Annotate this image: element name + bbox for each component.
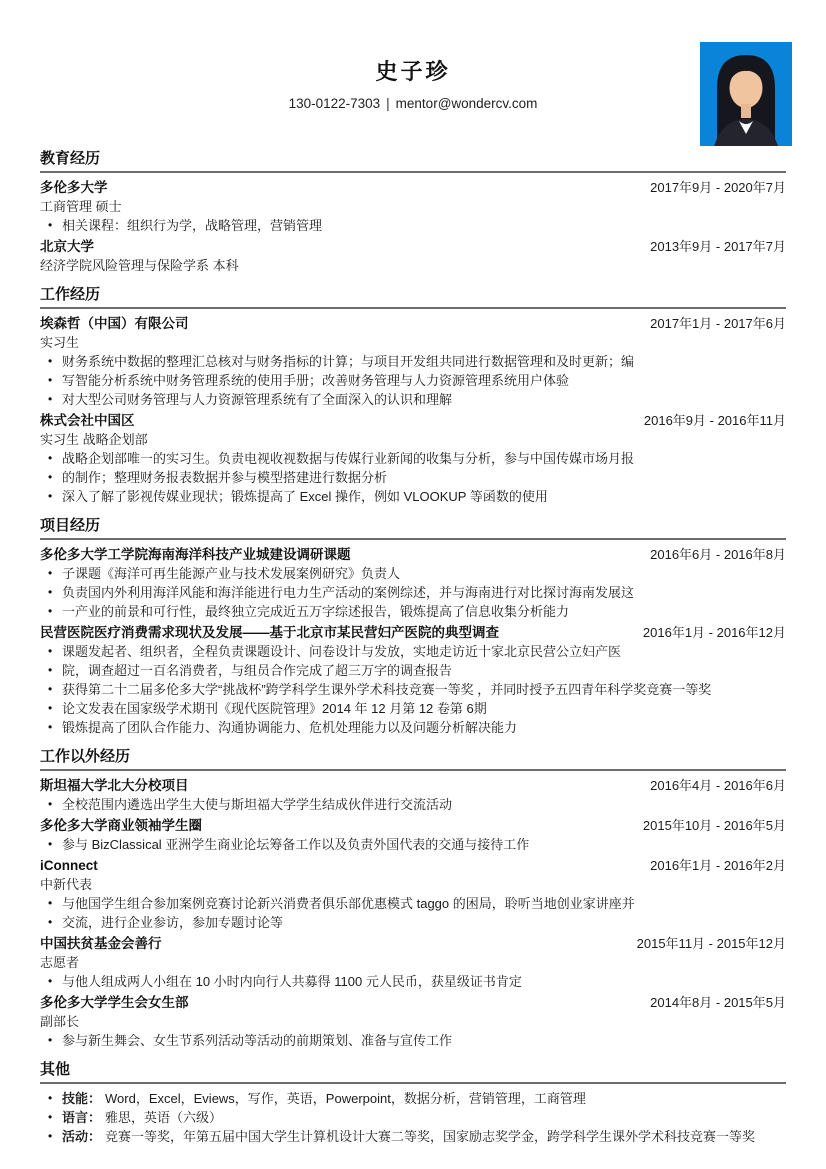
bullet-icon: •	[48, 352, 62, 371]
bullet-icon: •	[48, 1089, 62, 1108]
bullet-icon: •	[48, 1031, 62, 1050]
bullet-text: 与他人组成两人小组在 10 小时内向行人共募得 1100 元人民币，获星级证书肯…	[62, 972, 786, 991]
bullet-icon: •	[48, 1108, 62, 1127]
bullet-text: 一产业的前景和可行性，最终独立完成近五万字综述报告，锻炼提高了信息收集分析能力	[62, 602, 786, 621]
bullet-icon: •	[48, 583, 62, 602]
bullet-item: •子课题《海洋可再生能源产业与技术发展案例研究》负责人	[40, 564, 786, 583]
resume-page: 史子珍 130-0122-7303|mentor@wondercv.com 教育…	[0, 0, 826, 1169]
bullet-list: •参与 BizClassical 亚洲学生商业论坛筹备工作以及负责外国代表的交通…	[40, 835, 786, 854]
bullet-list: •财务系统中数据的整理汇总核对与财务指标的计算；与项目开发组共同进行数据管理和及…	[40, 352, 786, 409]
entry-header: 多伦多大学学生会女生部2014年8月 - 2015年5月	[40, 993, 786, 1012]
bullet-label: 技能：	[62, 1089, 101, 1108]
bullet-text: 参与新生舞会、女生节系列活动等活动的前期策划、准备与宣传工作	[62, 1031, 786, 1050]
entry-header: 埃森哲（中国）有限公司2017年1月 - 2017年6月	[40, 314, 786, 333]
entry-header: 多伦多大学工学院海南海洋科技产业城建设调研课题2016年6月 - 2016年8月	[40, 545, 786, 564]
entry: 多伦多大学工学院海南海洋科技产业城建设调研课题2016年6月 - 2016年8月…	[40, 545, 786, 621]
bullet-item: •参与 BizClassical 亚洲学生商业论坛筹备工作以及负责外国代表的交通…	[40, 835, 786, 854]
bullet-item: •财务系统中数据的整理汇总核对与财务指标的计算；与项目开发组共同进行数据管理和及…	[40, 352, 786, 371]
bullet-item: •活动：竞赛一等奖，年第五届中国大学生计算机设计大赛二等奖，国家励志奖学金，跨学…	[40, 1127, 786, 1146]
entry-subtitle: 工商管理 硕士	[40, 197, 786, 216]
entry: 斯坦福大学北大分校项目2016年4月 - 2016年6月•全校范围内遴选出学生大…	[40, 776, 786, 814]
bullet-item: •课题发起者、组织者，全程负责课题设计、问卷设计与发放，实地走访近十家北京民营公…	[40, 642, 786, 661]
candidate-name: 史子珍	[40, 58, 786, 86]
entry: 多伦多大学学生会女生部2014年8月 - 2015年5月副部长•参与新生舞会、女…	[40, 993, 786, 1050]
section-title-project-experience: 项目经历	[40, 516, 786, 540]
bullet-list: •参与新生舞会、女生节系列活动等活动的前期策划、准备与宣传工作	[40, 1031, 786, 1050]
entry-title: 株式会社中国区	[40, 411, 135, 430]
entry-header: 北京大学2013年9月 - 2017年7月	[40, 237, 786, 256]
bullet-text: 战略企划部唯一的实习生。负责电视收视数据与传媒行业新闻的收集与分析，参与中国传媒…	[62, 449, 786, 468]
bullet-text: 负责国内外利用海洋风能和海洋能进行电力生产活动的案例综述，并与海南进行对比探讨海…	[62, 583, 786, 602]
entry-date-range: 2016年6月 - 2016年8月	[650, 545, 786, 564]
entry: iConnect2016年1月 - 2016年2月中新代表•与他国学生组合参加案…	[40, 856, 786, 932]
entry-header: 株式会社中国区2016年9月 - 2016年11月	[40, 411, 786, 430]
bullet-list: •战略企划部唯一的实习生。负责电视收视数据与传媒行业新闻的收集与分析，参与中国传…	[40, 449, 786, 506]
bullet-item: •参与新生舞会、女生节系列活动等活动的前期策划、准备与宣传工作	[40, 1031, 786, 1050]
entry-date-range: 2016年4月 - 2016年6月	[650, 776, 786, 795]
bullet-list: •与他人组成两人小组在 10 小时内向行人共募得 1100 元人民币，获星级证书…	[40, 972, 786, 991]
entry-subtitle: 志愿者	[40, 953, 786, 972]
bullet-list: •课题发起者、组织者，全程负责课题设计、问卷设计与发放，实地走访近十家北京民营公…	[40, 642, 786, 737]
entry-title: 斯坦福大学北大分校项目	[40, 776, 189, 795]
bullet-text: 院，调查超过一百名消费者，与组员合作完成了超三万字的调查报告	[62, 661, 786, 680]
entry: 北京大学2013年9月 - 2017年7月经济学院风险管理与保险学系 本科	[40, 237, 786, 275]
entry-title: 中国扶贫基金会善行	[40, 934, 162, 953]
phone-number: 130-0122-7303	[289, 96, 381, 111]
bullet-icon: •	[48, 449, 62, 468]
bullet-icon: •	[48, 894, 62, 913]
bullet-text: 锻炼提高了团队合作能力、沟通协调能力、危机处理能力以及问题分析解决能力	[62, 718, 786, 737]
entry-date-range: 2015年10月 - 2016年5月	[643, 816, 786, 835]
bullet-icon: •	[48, 699, 62, 718]
bullet-text: 交流，进行企业参访，参加专题讨论等	[62, 913, 786, 932]
bullet-item: •交流，进行企业参访，参加专题讨论等	[40, 913, 786, 932]
bullet-icon: •	[48, 913, 62, 932]
entry-date-range: 2015年11月 - 2015年12月	[637, 934, 786, 953]
bullet-icon: •	[48, 680, 62, 699]
bullet-list: •子课题《海洋可再生能源产业与技术发展案例研究》负责人•负责国内外利用海洋风能和…	[40, 564, 786, 621]
section-extracurricular: 工作以外经历斯坦福大学北大分校项目2016年4月 - 2016年6月•全校范围内…	[40, 747, 786, 1050]
entry-subtitle: 经济学院风险管理与保险学系 本科	[40, 256, 786, 275]
entry-subtitle: 实习生 战略企划部	[40, 430, 786, 449]
bullet-icon: •	[48, 468, 62, 487]
bullet-icon: •	[48, 390, 62, 409]
resume-header: 史子珍 130-0122-7303|mentor@wondercv.com	[40, 0, 786, 112]
bullet-text: 论文发表在国家级学术期刊《现代医院管理》2014 年 12 月第 12 卷第 6…	[62, 699, 786, 718]
bullet-label: 语言：	[62, 1108, 101, 1127]
email-address: mentor@wondercv.com	[396, 96, 538, 111]
bullet-text: 相关课程：组织行为学，战略管理，营销管理	[62, 216, 786, 235]
profile-photo	[700, 42, 792, 146]
entry-subtitle: 中新代表	[40, 875, 786, 894]
entry-date-range: 2017年1月 - 2017年6月	[650, 314, 786, 333]
bullet-list: •与他国学生组合参加案例竞赛讨论新兴消费者俱乐部优惠模式 taggo 的困局，聆…	[40, 894, 786, 932]
bullet-icon: •	[48, 216, 62, 235]
bullet-item: •的制作；整理财务报表数据并参与模型搭建进行数据分析	[40, 468, 786, 487]
bullet-text: 获得第二十二届多伦多大学“挑战杯”跨学科学生课外学术科技竞赛一等奖 ，并同时授予…	[62, 680, 786, 699]
entry-date-range: 2016年1月 - 2016年12月	[643, 623, 786, 642]
entry-date-range: 2017年9月 - 2020年7月	[650, 178, 786, 197]
entry-subtitle: 副部长	[40, 1012, 786, 1031]
bullet-item: •深入了解了影视传媒业现状；锻炼提高了 Excel 操作，例如 VLOOKUP …	[40, 487, 786, 506]
sections-container: 教育经历多伦多大学2017年9月 - 2020年7月工商管理 硕士•相关课程：组…	[40, 149, 786, 1146]
entry-date-range: 2014年8月 - 2015年5月	[650, 993, 786, 1012]
bullet-text: 对大型公司财务管理与人力资源管理系统有了全面深入的认识和理解	[62, 390, 786, 409]
bullet-text: 课题发起者、组织者，全程负责课题设计、问卷设计与发放，实地走访近十家北京民营公立…	[62, 642, 786, 661]
contact-separator: |	[386, 96, 390, 111]
bullet-text: 深入了解了影视传媒业现状；锻炼提高了 Excel 操作，例如 VLOOKUP 等…	[62, 487, 786, 506]
bullet-icon: •	[48, 602, 62, 621]
bullet-item: •技能：Word，Excel，Eviews，写作，英语，Powerpoint，数…	[40, 1089, 786, 1108]
contact-line: 130-0122-7303|mentor@wondercv.com	[40, 95, 786, 112]
entry-date-range: 2016年1月 - 2016年2月	[650, 856, 786, 875]
bullet-text: 财务系统中数据的整理汇总核对与财务指标的计算；与项目开发组共同进行数据管理和及时…	[62, 352, 786, 371]
bullet-text: 子课题《海洋可再生能源产业与技术发展案例研究》负责人	[62, 564, 786, 583]
entry-title: 民营医院医疗消费需求现状及发展——基于北京市某民营妇产医院的典型调查	[40, 623, 499, 642]
section-other: 其他•技能：Word，Excel，Eviews，写作，英语，Powerpoint…	[40, 1060, 786, 1146]
entry-date-range: 2013年9月 - 2017年7月	[650, 237, 786, 256]
entry: 民营医院医疗消费需求现状及发展——基于北京市某民营妇产医院的典型调查2016年1…	[40, 623, 786, 737]
bullet-item: •论文发表在国家级学术期刊《现代医院管理》2014 年 12 月第 12 卷第 …	[40, 699, 786, 718]
bullet-text: 雅思，英语（六级）	[105, 1108, 786, 1127]
bullet-list: •全校范围内遴选出学生大使与斯坦福大学学生结成伙伴进行交流活动	[40, 795, 786, 814]
bullet-item: •获得第二十二届多伦多大学“挑战杯”跨学科学生课外学术科技竞赛一等奖 ，并同时授…	[40, 680, 786, 699]
bullet-icon: •	[48, 487, 62, 506]
bullet-item: •相关课程：组织行为学，战略管理，营销管理	[40, 216, 786, 235]
entry-header: 多伦多大学2017年9月 - 2020年7月	[40, 178, 786, 197]
bullet-icon: •	[48, 795, 62, 814]
bullet-list: •技能：Word，Excel，Eviews，写作，英语，Powerpoint，数…	[40, 1089, 786, 1146]
section-title-extracurricular: 工作以外经历	[40, 747, 786, 771]
entry-title: 多伦多大学	[40, 178, 108, 197]
entry: 多伦多大学商业领袖学生圈2015年10月 - 2016年5月•参与 BizCla…	[40, 816, 786, 854]
section-work-experience: 工作经历埃森哲（中国）有限公司2017年1月 - 2017年6月实习生•财务系统…	[40, 285, 786, 506]
entry: 多伦多大学2017年9月 - 2020年7月工商管理 硕士•相关课程：组织行为学…	[40, 178, 786, 235]
bullet-icon: •	[48, 661, 62, 680]
entry-header: 民营医院医疗消费需求现状及发展——基于北京市某民营妇产医院的典型调查2016年1…	[40, 623, 786, 642]
entry-header: 中国扶贫基金会善行2015年11月 - 2015年12月	[40, 934, 786, 953]
entry: 株式会社中国区2016年9月 - 2016年11月实习生 战略企划部•战略企划部…	[40, 411, 786, 506]
bullet-text: Word，Excel，Eviews，写作，英语，Powerpoint，数据分析，…	[105, 1089, 786, 1108]
bullet-item: •与他人组成两人小组在 10 小时内向行人共募得 1100 元人民币，获星级证书…	[40, 972, 786, 991]
section-title-work-experience: 工作经历	[40, 285, 786, 309]
entry-title: 埃森哲（中国）有限公司	[40, 314, 189, 333]
bullet-item: •一产业的前景和可行性，最终独立完成近五万字综述报告，锻炼提高了信息收集分析能力	[40, 602, 786, 621]
entry-title: 多伦多大学学生会女生部	[40, 993, 189, 1012]
bullet-item: •战略企划部唯一的实习生。负责电视收视数据与传媒行业新闻的收集与分析，参与中国传…	[40, 449, 786, 468]
bullet-label: 活动：	[62, 1127, 101, 1146]
section-education: 教育经历多伦多大学2017年9月 - 2020年7月工商管理 硕士•相关课程：组…	[40, 149, 786, 275]
bullet-icon: •	[48, 835, 62, 854]
entry-header: 多伦多大学商业领袖学生圈2015年10月 - 2016年5月	[40, 816, 786, 835]
bullet-item: •与他国学生组合参加案例竞赛讨论新兴消费者俱乐部优惠模式 taggo 的困局，聆…	[40, 894, 786, 913]
entry-title: 多伦多大学工学院海南海洋科技产业城建设调研课题	[40, 545, 351, 564]
entry-title: iConnect	[40, 856, 98, 875]
bullet-item: •写智能分析系统中财务管理系统的使用手册；改善财务管理与人力资源管理系统用户体验	[40, 371, 786, 390]
bullet-icon: •	[48, 642, 62, 661]
bullet-item: •负责国内外利用海洋风能和海洋能进行电力生产活动的案例综述，并与海南进行对比探讨…	[40, 583, 786, 602]
bullet-item: •语言：雅思，英语（六级）	[40, 1108, 786, 1127]
section-project-experience: 项目经历多伦多大学工学院海南海洋科技产业城建设调研课题2016年6月 - 201…	[40, 516, 786, 737]
entry: 中国扶贫基金会善行2015年11月 - 2015年12月志愿者•与他人组成两人小…	[40, 934, 786, 991]
bullet-icon: •	[48, 972, 62, 991]
bullet-text: 竞赛一等奖，年第五届中国大学生计算机设计大赛二等奖，国家励志奖学金，跨学科学生课…	[105, 1127, 786, 1146]
entry-title: 北京大学	[40, 237, 94, 256]
bullet-icon: •	[48, 564, 62, 583]
entry: •技能：Word，Excel，Eviews，写作，英语，Powerpoint，数…	[40, 1089, 786, 1146]
entry-subtitle: 实习生	[40, 333, 786, 352]
bullet-icon: •	[48, 371, 62, 390]
entry-date-range: 2016年9月 - 2016年11月	[644, 411, 786, 430]
bullet-text: 与他国学生组合参加案例竞赛讨论新兴消费者俱乐部优惠模式 taggo 的困局，聆听…	[62, 894, 786, 913]
section-title-education: 教育经历	[40, 149, 786, 173]
bullet-icon: •	[48, 1127, 62, 1146]
bullet-item: •院，调查超过一百名消费者，与组员合作完成了超三万字的调查报告	[40, 661, 786, 680]
bullet-list: •相关课程：组织行为学，战略管理，营销管理	[40, 216, 786, 235]
bullet-text: 参与 BizClassical 亚洲学生商业论坛筹备工作以及负责外国代表的交通与…	[62, 835, 786, 854]
entry-title: 多伦多大学商业领袖学生圈	[40, 816, 202, 835]
bullet-item: •对大型公司财务管理与人力资源管理系统有了全面深入的认识和理解	[40, 390, 786, 409]
entry-header: iConnect2016年1月 - 2016年2月	[40, 856, 786, 875]
bullet-item: •全校范围内遴选出学生大使与斯坦福大学学生结成伙伴进行交流活动	[40, 795, 786, 814]
bullet-text: 的制作；整理财务报表数据并参与模型搭建进行数据分析	[62, 468, 786, 487]
section-title-other: 其他	[40, 1060, 786, 1084]
bullet-item: •锻炼提高了团队合作能力、沟通协调能力、危机处理能力以及问题分析解决能力	[40, 718, 786, 737]
entry: 埃森哲（中国）有限公司2017年1月 - 2017年6月实习生•财务系统中数据的…	[40, 314, 786, 409]
bullet-icon: •	[48, 718, 62, 737]
bullet-text: 写智能分析系统中财务管理系统的使用手册；改善财务管理与人力资源管理系统用户体验	[62, 371, 786, 390]
entry-header: 斯坦福大学北大分校项目2016年4月 - 2016年6月	[40, 776, 786, 795]
bullet-text: 全校范围内遴选出学生大使与斯坦福大学学生结成伙伴进行交流活动	[62, 795, 786, 814]
